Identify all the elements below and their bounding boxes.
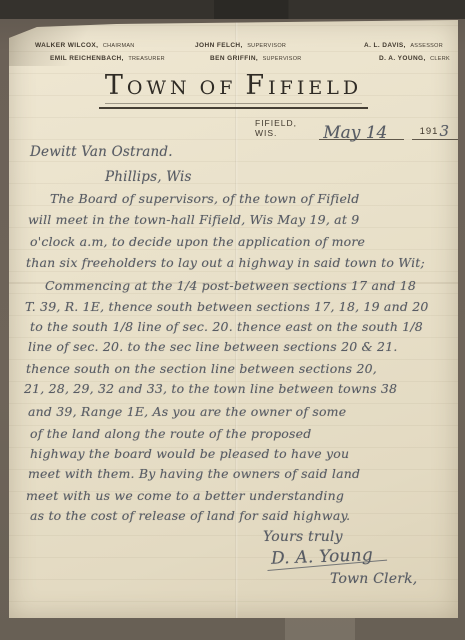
- dateline-year: 1913: [412, 120, 458, 140]
- letter-line: thence south on the section line between…: [26, 361, 377, 376]
- letter-line: highway the board would be pleased to ha…: [30, 446, 349, 461]
- letter-line: Commencing at the 1/4 post-between secti…: [45, 278, 416, 293]
- official-title: Supervisor: [247, 43, 286, 49]
- official-title: Clerk: [430, 56, 450, 62]
- letter-line: than six freeholders to lay out a highwa…: [26, 255, 425, 270]
- letterhead-officials-left: Walker Wilcox, Chairman Emil Reichenbach…: [35, 38, 165, 64]
- letter-line: of the land along the route of the propo…: [30, 426, 311, 441]
- letter-paper: Walker Wilcox, Chairman Emil Reichenbach…: [9, 20, 458, 618]
- recipient-name: Dewitt Van Ostrand.: [30, 144, 173, 160]
- photo-dark-edge: [0, 0, 465, 19]
- letterhead-officials-right: A. L. Davis, Assessor D. A. Young, Clerk: [364, 38, 450, 64]
- document-title: TownofFifield: [9, 70, 458, 109]
- letter-line: T. 39, R. 1E, thence south between secti…: [25, 299, 429, 314]
- letter-line: 21, 28, 29, 32 and 33, to the town line …: [24, 381, 397, 396]
- letter-line: will meet in the town-hall Fifield, Wis …: [28, 212, 359, 227]
- closing-phrase: Yours truly: [263, 529, 343, 545]
- year-printed: 191: [420, 126, 439, 137]
- dateline: Fifield, Wis. May 14 1913: [255, 118, 458, 140]
- title-initial: T: [105, 70, 127, 101]
- recipient-city: Phillips, Wis: [105, 169, 192, 185]
- letter-line: line of sec. 20. to the sec line between…: [28, 339, 398, 354]
- official-name: D. A. Young,: [379, 55, 426, 62]
- dateline-blank: May 14: [319, 123, 403, 140]
- signature: D. A. Young: [271, 545, 374, 569]
- background-streak: [285, 616, 355, 640]
- photo-background: Walker Wilcox, Chairman Emil Reichenbach…: [0, 0, 465, 640]
- letter-line: meet with them. By having the owners of …: [28, 466, 360, 481]
- official-line: Walker Wilcox, Chairman: [35, 38, 165, 51]
- title-smallcaps: of: [200, 77, 237, 99]
- official-line: Ben Griffin, Supervisor: [195, 51, 302, 64]
- official-title: Treasurer: [128, 56, 165, 62]
- official-name: Walker Wilcox,: [35, 42, 98, 49]
- letter-line: to the south 1/8 line of sec. 20. thence…: [30, 319, 423, 334]
- signer-title: Town Clerk,: [330, 571, 417, 587]
- letter-line: The Board of supervisors, of the town of…: [50, 191, 359, 206]
- official-name: A. L. Davis,: [364, 42, 406, 49]
- letter-line: as to the cost of release of land for sa…: [30, 508, 350, 523]
- official-line: D. A. Young, Clerk: [364, 51, 450, 64]
- official-line: A. L. Davis, Assessor: [364, 38, 450, 51]
- handwritten-date: May 14: [323, 123, 387, 143]
- official-line: Emil Reichenbach, Treasurer: [35, 51, 165, 64]
- title-initial: F: [245, 70, 268, 101]
- letter-line: o'clock a.m, to decide upon the applicat…: [30, 234, 365, 249]
- official-title: Chairman: [103, 43, 135, 49]
- title-smallcaps: own: [127, 77, 191, 99]
- title-smallcaps: ifield: [268, 77, 362, 99]
- letter-line: meet with us we come to a better underst…: [26, 488, 344, 503]
- official-title: Supervisor: [263, 56, 302, 62]
- letterhead-officials-center: John Felch, Supervisor Ben Griffin, Supe…: [195, 38, 302, 64]
- document-title-text: TownofFifield: [99, 70, 368, 109]
- dateline-place: Fifield, Wis.: [255, 118, 317, 140]
- handwritten-year-digit: 3: [439, 122, 450, 140]
- letter-line: and 39, Range 1E, As you are the owner o…: [28, 404, 346, 419]
- official-name: Ben Griffin,: [210, 55, 258, 62]
- official-name: Emil Reichenbach,: [50, 55, 124, 62]
- official-line: John Felch, Supervisor: [195, 38, 302, 51]
- official-name: John Felch,: [195, 42, 243, 49]
